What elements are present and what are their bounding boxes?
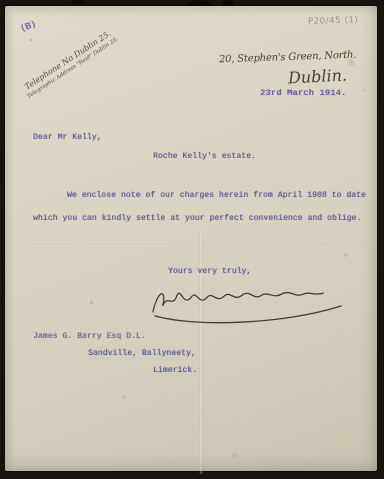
recipient-name: James G. Barry Esq D.L. [33, 332, 146, 341]
letter-paper: (B) P20/45 (1) Telephone No Dublin 25. T… [5, 6, 377, 471]
foxing-spot [121, 394, 127, 400]
letterhead-contact-lines: Telephone No Dublin 25. Telegraphic Addr… [12, 21, 128, 106]
purple-corner-stamp: (B) [20, 20, 38, 35]
recipient-address-line-2: Limerick. [153, 366, 197, 375]
foxing-spot [343, 252, 349, 258]
closing-line: Yours very truly, [168, 267, 251, 276]
body-text-line-2: which you can kindly settle at your perf… [33, 214, 361, 223]
foxing-spot [89, 300, 94, 305]
salutation: Dear Mr Kelly, [33, 133, 102, 142]
body-text-line-1: We enclose note of our charges herein fr… [67, 191, 366, 200]
scanned-letter-page: (B) P20/45 (1) Telephone No Dublin 25. T… [0, 0, 384, 479]
horizontal-fold-crease [13, 242, 373, 244]
foxing-spot [361, 88, 366, 93]
letterhead-city: Dublin. [288, 65, 348, 87]
recipient-address-line-1: Sandville, Ballyneety, [88, 349, 196, 358]
letterhead-street-address: 20, Stephen's Green, North. [219, 50, 357, 66]
telegraph-line: Telegraphic Address "Reid" Dublin 25. [18, 30, 128, 105]
pencil-archive-reference: P20/45 (1) [308, 15, 359, 27]
telephone-line: Telephone No Dublin 25. [12, 21, 124, 99]
signature-ink-scrawl [147, 280, 345, 328]
subject-line: Roche Kelly's estate. [153, 152, 256, 161]
scan-edge-blob [70, 0, 86, 5]
foxing-spot [231, 452, 238, 459]
foxing-spot [29, 38, 33, 42]
typed-date: 23rd March 1914. [260, 88, 346, 98]
